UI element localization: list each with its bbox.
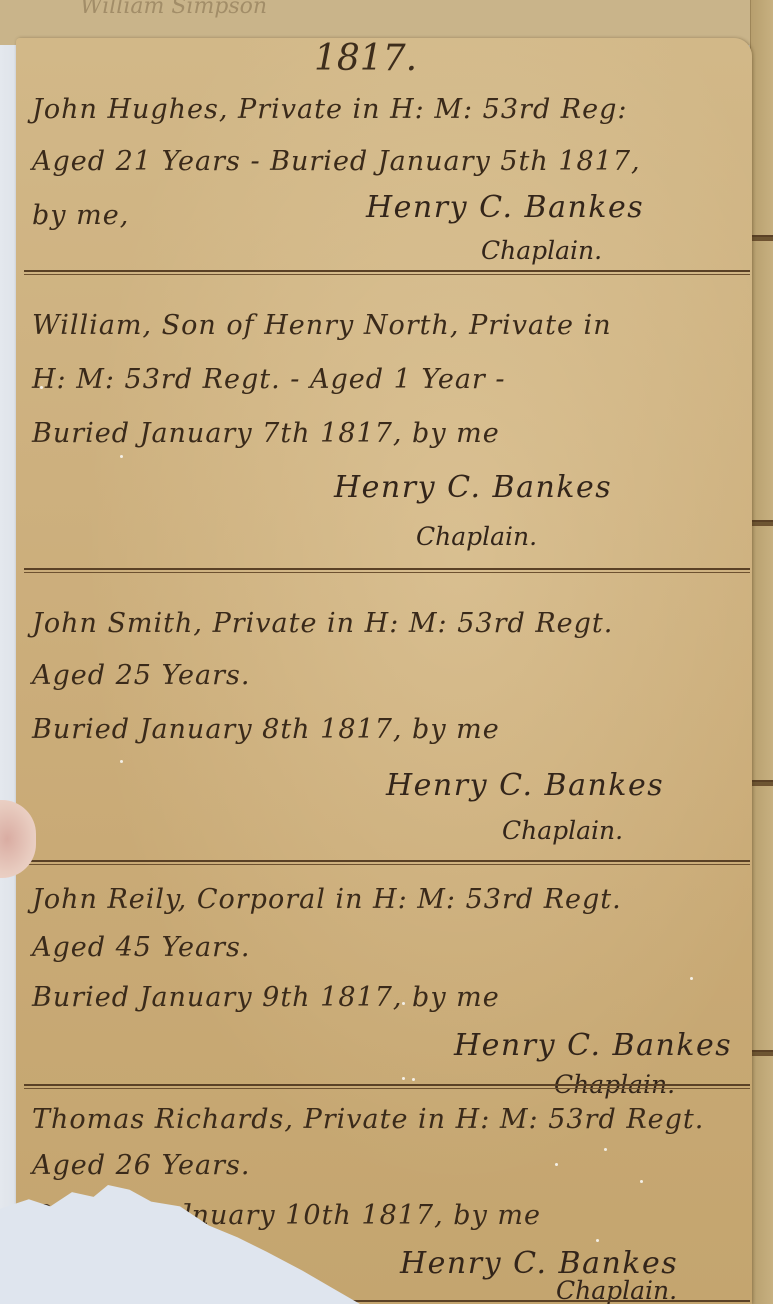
divider [24,860,750,865]
entry-line: John Hughes, Private in H: M: 53rd Reg: [32,94,628,125]
entry-line: Thomas Richards, Private in H: M: 53rd R… [32,1104,704,1135]
previous-page-text: William Simpson [80,0,267,19]
divider [24,270,750,275]
entry-line: Aged 26 Years. [32,1150,250,1181]
divider [24,1084,750,1089]
signature-title: Chaplain. [481,236,602,265]
signature-title: Chaplain. [502,816,623,845]
signature: Henry C. Bankes [386,768,664,803]
entry-line: H: M: 53rd Regt. - Aged 1 Year - [32,364,506,395]
year-heading: 1817. [314,38,417,79]
entry-line: Aged 21 Years - Buried January 5th 1817, [32,146,641,177]
entry-line: Buried January 8th 1817, by me [32,714,500,745]
signature-title: Chaplain. [416,522,537,551]
entry-line: by me, [32,200,129,231]
entry-line: John Reily, Corporal in H: M: 53rd Regt. [32,884,622,915]
entry-line: Buried January 9th 1817, by me [32,982,500,1013]
entry-line: Buried January 7th 1817, by me [32,418,500,449]
register-page: 1817. John Hughes, Private in H: M: 53rd… [16,38,752,1304]
divider [24,568,750,573]
entry-line: Aged 25 Years. [32,660,250,691]
entry-line: Aged 45 Years. [32,932,250,963]
signature: Henry C. Bankes [454,1028,732,1063]
signature: Henry C. Bankes [334,470,612,505]
entry-line: John Smith, Private in H: M: 53rd Regt. [32,608,613,639]
entry-line: William, Son of Henry North, Private in [32,310,612,341]
next-page-edge [750,0,773,1304]
signature: Henry C. Bankes [366,190,644,225]
